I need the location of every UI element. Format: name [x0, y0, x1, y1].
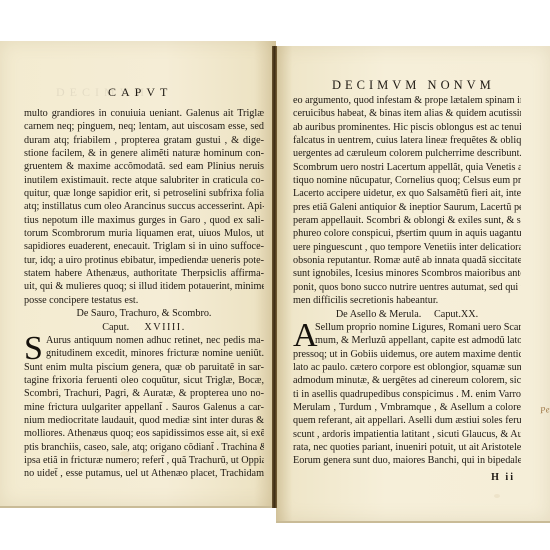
- open-book: DECIMVM CAPVT multo grandiores in conuiu…: [0, 0, 550, 550]
- chapter-label: Caput.: [102, 322, 129, 333]
- text-line: Sellum proprio nomine Ligures, Romani ue…: [293, 321, 521, 334]
- left-page: DECIMVM CAPVT multo grandiores in conuiu…: [0, 41, 276, 508]
- paper-stain: [494, 494, 500, 498]
- dropcap-initial: A: [293, 319, 318, 353]
- text-line: stione facilem, & in genere alimẽti natu…: [24, 147, 264, 160]
- text-line: tius nepotum ille maximus gurges in Garo…: [24, 214, 264, 227]
- right-page: DECIMVM NONVM eo argumento, quod infesta…: [276, 46, 550, 523]
- text-line: tagine frixoria feruenti oleo coquũtur, …: [24, 374, 264, 387]
- text-line: ti in asellis quadrupedibus conspicimus …: [293, 388, 521, 401]
- text-line: nium mediocritate laudauit, quod mediæ s…: [24, 414, 264, 427]
- text-line: Aurus antiquum nomen adhuc retinet, nec …: [24, 334, 264, 347]
- text-line: molliores. Athenæus quoq; eos sapidissim…: [24, 427, 264, 440]
- section-title: De Asello & Merula.: [336, 309, 421, 320]
- chapter-heading: Caput. XVIIII.: [24, 321, 264, 334]
- text-line: sunt ignobiles, Icesius minores Scombros…: [293, 267, 521, 280]
- text-line: multo grandiores in conuiuia ueniant. Ga…: [24, 107, 264, 120]
- text-line: pressoq; ut in Gobiis uidemus, ore autem…: [293, 348, 521, 361]
- text-line: ab auribus prominentes. Hic piscis oblon…: [293, 121, 521, 134]
- text-line: ceruicibus habeat, & binas item alias & …: [293, 107, 521, 120]
- text-line: quitur, quæ longe sapidior erit, si petr…: [24, 187, 264, 200]
- text-line: uere pinguescunt , quo tempore Venetiis …: [293, 241, 521, 254]
- chapter-label: Caput.XX.: [434, 309, 478, 320]
- text-line: Scombrum uero nostri Lacertum appellãt, …: [293, 161, 521, 174]
- text-line: Lacerto accipere uidetur, ex quo Salsamẽ…: [293, 187, 521, 200]
- text-line: ptis branchiis, caseo, sale, atq; origan…: [24, 441, 264, 454]
- text-line: Scombri, Trachuri, Pagri, & Auratæ, & pr…: [24, 387, 264, 400]
- text-line: tur, idq; a uiro protinus ebibatur, impe…: [24, 254, 264, 267]
- text-line: tiquo nomine nũcupatur, Cornelius quoq; …: [293, 174, 521, 187]
- dropcap-paragraph: S Aurus antiquum nomen adhuc retinet, ne…: [24, 334, 264, 361]
- right-text-block: eo argumento, quod infestam & prope læta…: [293, 94, 521, 468]
- text-line: men difficilis secretionis habeantur.: [293, 294, 521, 307]
- chapter-heading: De Asello & Merula. Caput.XX.: [293, 308, 521, 321]
- text-line: scunt , ardoris impatientia latitant , s…: [293, 428, 521, 441]
- text-line: ponit, quos bono succo nutrire uentres a…: [293, 281, 521, 294]
- dropcap-initial: S: [24, 332, 43, 366]
- text-line: mum, & Merluzũ appellant, capite est adm…: [293, 334, 521, 347]
- text-line: no uidet̃ , esse putamus, uel ut Athenæo…: [24, 467, 264, 480]
- signature-mark: H ii: [491, 472, 515, 483]
- book-gutter: [272, 46, 277, 508]
- text-line: lato ac paulo. cætero corpore est oblong…: [293, 361, 521, 374]
- text-line: Sunt enim multa piscium genera, quæ ob p…: [24, 361, 264, 374]
- text-line: rata, nec quoties pariant, inueniri potu…: [293, 441, 521, 454]
- dropcap-paragraph: A Sellum proprio nomine Ligures, Romani …: [293, 321, 521, 348]
- text-line: ipsa etiã in fricturæ numero; refert̃ , …: [24, 454, 264, 467]
- text-line: atq; instillatus cum oleo Arancinus succ…: [24, 200, 264, 213]
- text-line: pres etiã Galeni antiquior & ineptior Sa…: [293, 201, 521, 214]
- running-head-left: CAPVT: [108, 85, 172, 100]
- text-line: Eorum genera sunt duo, maiores Banchi, q…: [293, 454, 521, 467]
- text-line: inutilem existimauit. recte atque salubr…: [24, 174, 264, 187]
- text-line: gnitudinem excedit, minores fricturæ nom…: [24, 347, 264, 360]
- text-line: mine frictura uulgariter appellant̃ . Sa…: [24, 401, 264, 414]
- text-line: Merulam , Turdum , Vmbramque , & Asellum…: [293, 401, 521, 414]
- text-line: obsonia reputantur. Romæ autẽ ab innata …: [293, 254, 521, 267]
- text-line: gruentem & maxime accõmodatã. sed eam Pl…: [24, 160, 264, 173]
- text-line: statem habere Athenæus, authoritate Ther…: [24, 267, 264, 280]
- paper-stain: [120, 451, 130, 457]
- text-line: sapidiores euaderent, enecauit. Triglam …: [24, 240, 264, 253]
- text-line: torum Scombrorum muria liquamen erat, ui…: [24, 227, 264, 240]
- text-line: duram atq; friabilem , propterea gratam …: [24, 134, 264, 147]
- section-title: De Sauro, Trachuro, & Scombro.: [24, 307, 264, 320]
- chapter-number: XVIIII.: [144, 322, 185, 333]
- text-line: carnem neq; pinguem, neq; lentam, aut ui…: [24, 120, 264, 133]
- handwritten-margin-note: Pesce: [539, 403, 550, 416]
- text-line: uit, qui & mulieres quoq; si illud itide…: [24, 280, 264, 293]
- text-line: admodum minutæ, & uergẽtes ad cinereum c…: [293, 374, 521, 387]
- running-head-right: DECIMVM NONVM: [332, 78, 495, 93]
- text-line: quem referant, ait appellari. Aselli dum…: [293, 414, 521, 427]
- text-line: uergentes ad cæruleum colorem pulcherrim…: [293, 147, 521, 160]
- text-line: falcatus in uentrem, cuius latera lineæ …: [293, 134, 521, 147]
- left-text-block: multo grandiores in conuiuia ueniant. Ga…: [24, 107, 264, 481]
- text-line: posse concipere testatus est.: [24, 294, 264, 307]
- text-line: eo argumento, quod infestam & prope læta…: [293, 94, 521, 107]
- text-line: peram appellauit. Scombri & oblongi & ex…: [293, 214, 521, 227]
- text-line: phureo colore conspicui, pͤsertim quum i…: [293, 227, 521, 240]
